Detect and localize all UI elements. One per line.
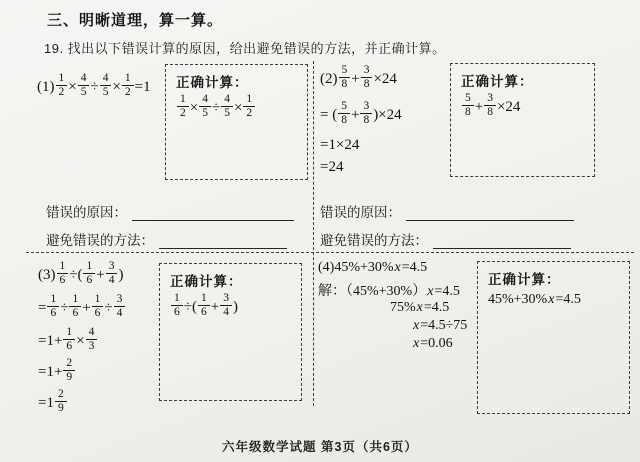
problem-4-line-4: x=4.5÷75	[412, 318, 467, 334]
error-reason-blank-right	[406, 205, 574, 221]
error-reason-row-right: 错误的原因：	[320, 201, 574, 221]
error-reason-row-left: 错误的原因：	[46, 201, 294, 221]
correct-calc-formula-4: 45%+30%x=4.5	[488, 292, 581, 308]
correct-calc-box-3: 正确计算： 16÷(16+34)	[159, 263, 302, 401]
error-reason-label-left: 错误的原因：	[46, 205, 127, 220]
problem-4-line-5: x=0.06	[412, 336, 453, 352]
error-reason-label-right: 错误的原因：	[320, 205, 401, 220]
correct-calc-box-1: 正确计算： 12×45÷45×12	[165, 64, 308, 180]
question-19-text: 19. 找出以下错误计算的原因，给出避免错误的方法，并正确计算。	[44, 38, 446, 57]
correct-calc-formula-1: 12×45÷45×12	[176, 95, 256, 122]
column-divider-dashed	[313, 61, 314, 406]
problem-2-line-3: =1×24	[320, 137, 359, 154]
error-reason-blank-left	[132, 205, 294, 221]
problem-2-line-2: = (58+38)×24	[320, 102, 402, 129]
correct-calc-box-2: 正确计算： 58+38×24	[450, 63, 595, 177]
problem-4-line-3: 75%x=4.5	[390, 300, 449, 316]
section-title: 三、明晰道理，算一算。	[47, 9, 223, 30]
problem-3-line-5: =129	[38, 390, 68, 417]
row-divider-dashed	[26, 252, 634, 253]
problem-4-line-1: (4)45%+30%x=4.5	[318, 260, 427, 276]
problem-3-line-2: =16÷16+16÷34	[38, 295, 126, 322]
problem-1-expression: (1)12×45÷45×12=1	[37, 74, 151, 101]
avoid-method-row-left: 避免错误的方法：	[46, 229, 287, 249]
page-footer: 六年级数学试题 第3页（共6页）	[0, 437, 640, 455]
problem-3-line-1: (3)16÷(16+34)	[38, 262, 123, 289]
problem-2-line-4: =24	[320, 159, 343, 176]
problem-4-line-2: 解：（45%+30%）x=4.5	[318, 280, 460, 300]
problem-3-line-4: =1+29	[38, 359, 76, 386]
correct-calc-label-1: 正确计算：	[176, 71, 249, 91]
avoid-method-label-right: 避免错误的方法：	[320, 233, 428, 248]
test-paper-page: 三、明晰道理，算一算。 19. 找出以下错误计算的原因，给出避免错误的方法，并正…	[0, 0, 640, 462]
avoid-method-blank-left	[159, 233, 287, 249]
problem-3-line-3: =1+16×43	[38, 328, 98, 355]
correct-calc-box-4: 正确计算： 45%+30%x=4.5	[477, 261, 630, 414]
correct-calc-label-2: 正确计算：	[461, 70, 534, 90]
correct-calc-formula-2: 58+38×24	[461, 94, 520, 121]
avoid-method-blank-right	[433, 233, 571, 249]
avoid-method-label-left: 避免错误的方法：	[46, 233, 154, 248]
correct-calc-label-3: 正确计算：	[170, 270, 243, 290]
correct-calc-formula-3: 16÷(16+34)	[170, 294, 238, 321]
avoid-method-row-right: 避免错误的方法：	[320, 229, 571, 249]
problem-2-line-1: (2)58+38×24	[320, 66, 397, 93]
correct-calc-label-4: 正确计算：	[488, 268, 561, 288]
